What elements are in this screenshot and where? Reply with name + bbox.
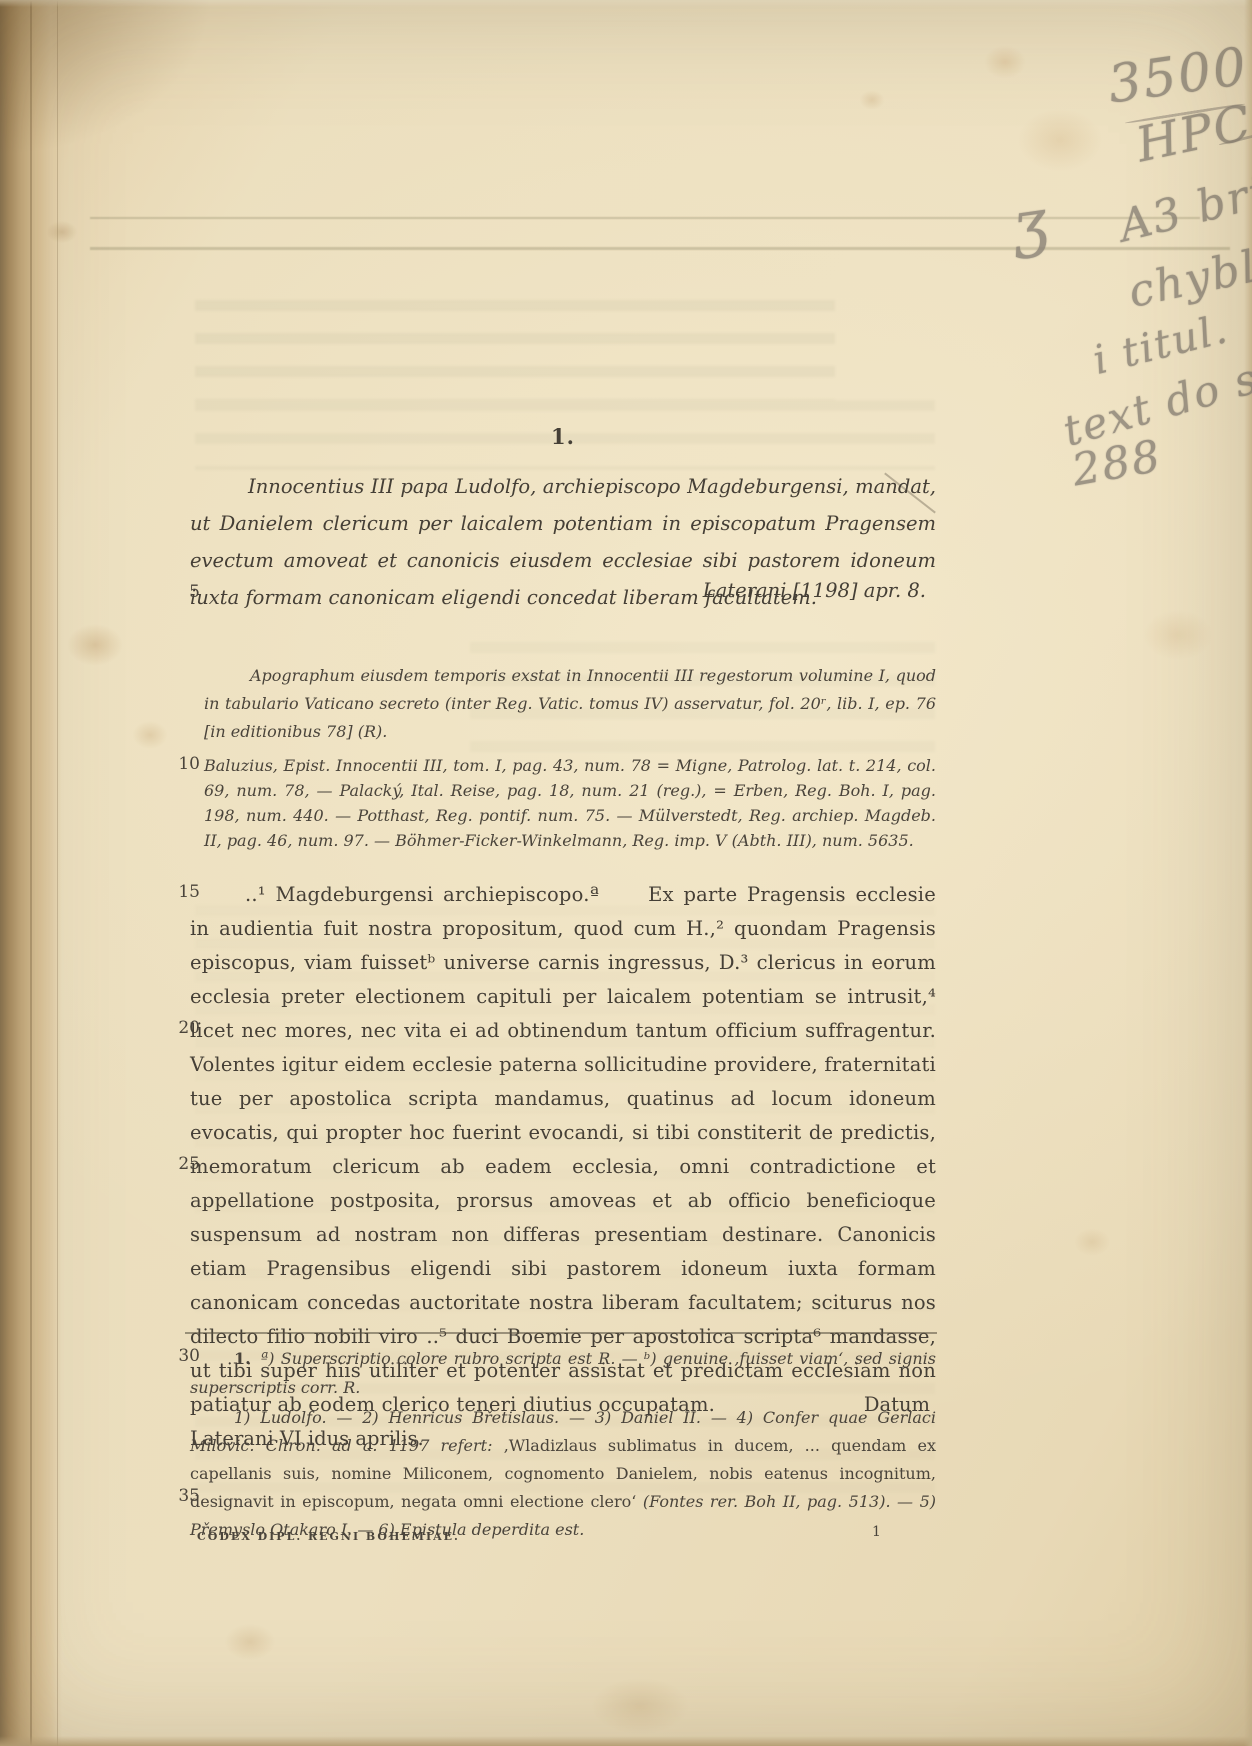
scanned-page: 3500 HPC ʒ A3 bri chybl i titul. text do… bbox=[0, 0, 1252, 1746]
scan-vignette bbox=[0, 0, 1252, 1746]
